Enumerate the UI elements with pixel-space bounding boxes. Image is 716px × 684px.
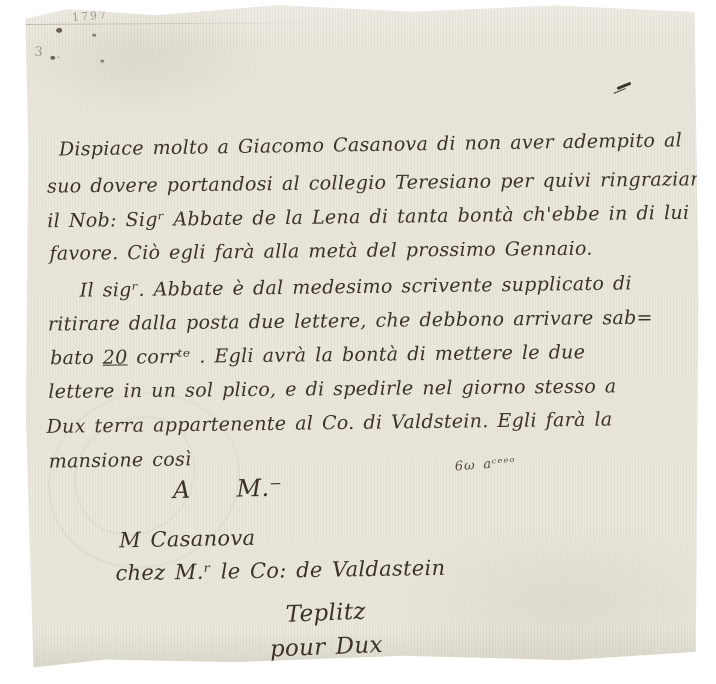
letter-line: mansione così bbox=[49, 448, 192, 472]
line-text: bato bbox=[50, 347, 103, 370]
ink-blot bbox=[100, 60, 104, 63]
salutation-a: A bbox=[173, 476, 191, 504]
ink-blot bbox=[92, 34, 96, 37]
letter-paper: 1797 3 ,. Dispiace molto a Giacomo Casan… bbox=[20, 0, 702, 672]
destination-city: Teplitz bbox=[285, 599, 366, 628]
destination-note: pour Dux bbox=[269, 632, 383, 663]
salutation-m: M.⁻ bbox=[236, 474, 282, 503]
underlined-date: 20 bbox=[103, 346, 128, 368]
pencil-annotation-top: 1797 bbox=[72, 8, 109, 24]
salutation: AM.⁻ bbox=[173, 474, 283, 505]
ink-blot bbox=[50, 56, 55, 60]
ink-blot bbox=[56, 28, 62, 33]
pencil-annotation-bottom: 3 ,. bbox=[34, 45, 64, 63]
scan-background: 1797 3 ,. Dispiace molto a Giacomo Casan… bbox=[0, 0, 716, 684]
address-line: M Casanova bbox=[119, 526, 256, 553]
